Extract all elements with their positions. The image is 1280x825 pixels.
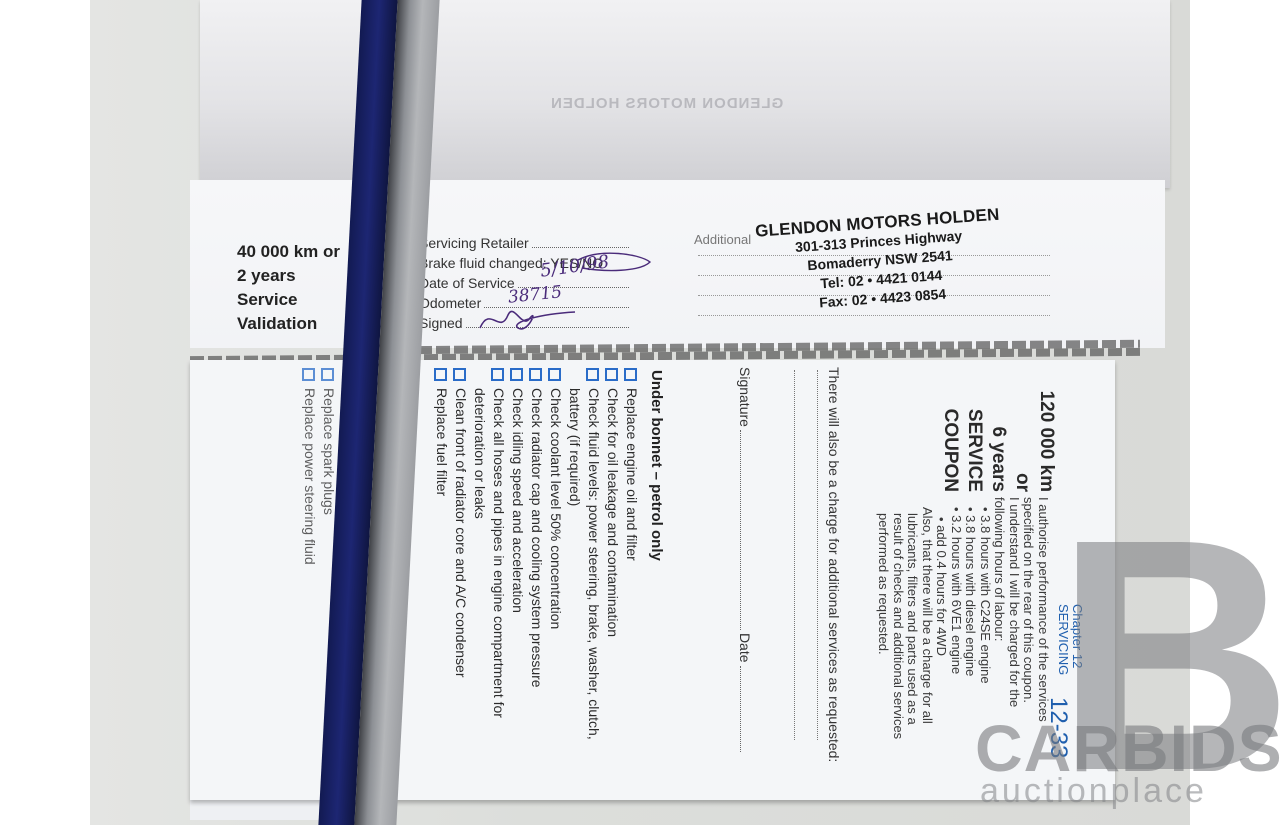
item-text: Check all hoses and pipes in engine comp… (491, 388, 507, 718)
checklist-heading: Under bonnet – petrol only (648, 370, 665, 561)
text-line: I authorise performance of the services (1036, 497, 1051, 739)
text-line: result of checks and additional services (891, 507, 906, 739)
title-line: or (1010, 372, 1034, 492)
field-label: Date of Service (419, 273, 515, 293)
checkbox-icon[interactable] (586, 368, 599, 381)
item-text-cont: deterioration or leaks (470, 368, 489, 740)
bullet-text: 3.2 hours with 6VE1 engine (949, 515, 964, 674)
coupon-title-line: 40 000 km or (237, 240, 340, 264)
checkbox-icon[interactable] (624, 368, 637, 381)
checklist-item[interactable]: Clean front of radiator core and A/C con… (451, 368, 470, 740)
bullet-item: • add 0.4 hours for 4WD (934, 507, 949, 739)
checklist-item[interactable]: Check fluid levels: power steering, brak… (565, 368, 603, 740)
item-text: Clean front of radiator core and A/C con… (453, 388, 469, 678)
item-text: Check radiator cap and cooling system pr… (529, 388, 545, 688)
item-text: Check for oil leakage and contamination (605, 388, 621, 637)
item-text: Check idling speed and acceleration (510, 388, 526, 613)
yes-no-circle (570, 250, 660, 280)
checklist: Replace engine oil and filter Check for … (432, 368, 641, 740)
checkbox-icon[interactable] (434, 368, 447, 381)
checklist-item[interactable]: Check idling speed and acceleration (508, 368, 527, 740)
checkbox-icon[interactable] (529, 368, 542, 381)
checkbox-icon[interactable] (548, 368, 561, 381)
bullet-item: • 3.8 hours with C24SE engine (978, 507, 993, 739)
handwritten-signature (470, 300, 580, 340)
also-text: Also, that there will be a charge for al… (876, 497, 934, 739)
signature-label: Signature (737, 367, 753, 427)
checklist-item[interactable]: Check coolant level 50% concentration (546, 368, 565, 740)
text-line: I understand I will be charged for the (1007, 497, 1022, 739)
checklist-item[interactable]: Check for oil leakage and contamination (603, 368, 622, 740)
checklist-item[interactable]: Check radiator cap and cooling system pr… (527, 368, 546, 740)
bleed-through-stamp: GLENDON MOTORS HOLDEN (550, 95, 783, 112)
main-coupon-title: 120 000 km or 6 years SERVICE COUPON (938, 372, 1058, 492)
field-line (532, 236, 629, 248)
text-line: specified on the rear of this coupon. (1021, 497, 1036, 739)
bullet-item: • 3.2 hours with 6VE1 engine (949, 507, 964, 739)
field-label: Signed (419, 313, 463, 333)
checkbox-icon[interactable] (605, 368, 618, 381)
item-text-cont: battery (if required) (565, 368, 584, 740)
checklist-item[interactable]: Replace fuel filter (432, 368, 451, 740)
item-text: Replace engine oil and filter (624, 388, 640, 561)
field-label: Servicing Retailer (419, 233, 529, 253)
date-line (740, 666, 741, 752)
checkbox-icon[interactable] (510, 368, 523, 381)
bullet-text: add 0.4 hours for 4WD (935, 525, 950, 656)
title-line: 6 years (986, 372, 1010, 492)
text-line: lubricants, filters and parts used as a (905, 507, 920, 739)
text-line: performed as requested. (876, 507, 891, 739)
bullet-item: • 3.8 hours with diesel engine (963, 507, 978, 739)
checkbox-icon[interactable] (491, 368, 504, 381)
additional-charge-text: There will also be a charge for addition… (826, 367, 842, 762)
bullet-text: 3.8 hours with C24SE engine (978, 515, 993, 683)
signature-line (740, 430, 741, 630)
title-line: COUPON (938, 372, 962, 492)
dealer-stamp: GLENDON MOTORS HOLDEN 301-313 Princes Hi… (752, 205, 1008, 317)
date-label: Date (737, 633, 753, 663)
checklist-item[interactable]: Replace engine oil and filter (622, 368, 641, 740)
title-line: SERVICE (962, 372, 986, 492)
additional-service-line[interactable] (794, 370, 795, 740)
checklist-item[interactable]: Check all hoses and pipes in engine comp… (470, 368, 508, 740)
item-text: Check fluid levels: power steering, brak… (586, 388, 602, 740)
checkbox-icon[interactable] (302, 368, 315, 381)
bullet-text: 3.8 hours with diesel engine (964, 515, 979, 676)
checkbox-icon[interactable] (453, 368, 466, 381)
watermark-sub: auctionplace (980, 772, 1207, 811)
item-text: Replace fuel filter (434, 388, 450, 496)
text-line: Also, that there will be a charge for al… (920, 507, 935, 739)
labour-bullets: • 3.8 hours with C24SE engine • 3.8 hour… (934, 497, 992, 739)
authorise-text: I authorise performance of the services … (876, 497, 1050, 739)
text-line: following hours of labour: (992, 497, 1007, 739)
additional-service-line[interactable] (817, 370, 818, 740)
signature-date-row[interactable]: Signature Date (737, 367, 753, 752)
item-text: Check coolant level 50% concentration (548, 388, 564, 629)
